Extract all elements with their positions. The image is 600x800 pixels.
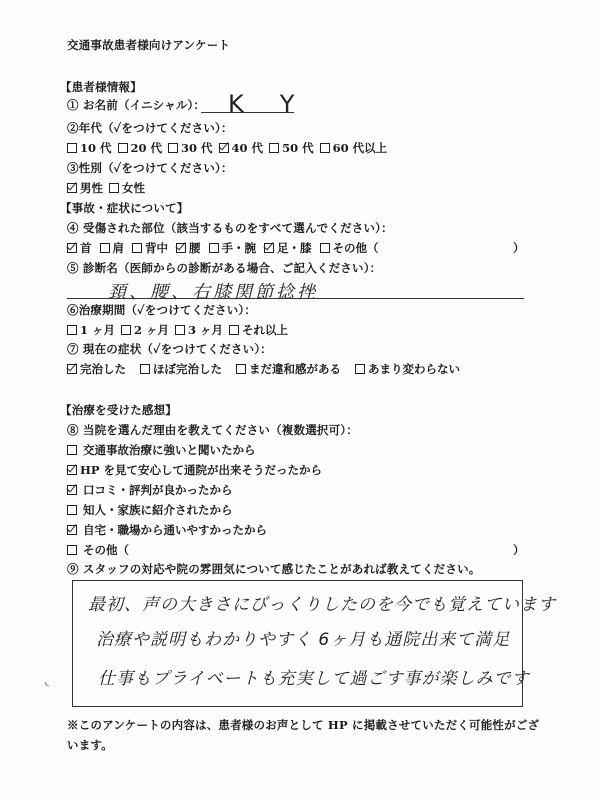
section-header-accident-info: 【事故・症状について】 xyxy=(60,201,188,215)
symptom-option-almost-healed[interactable]: ほぼ完治した xyxy=(140,362,222,376)
q8-other-close-paren: ） xyxy=(513,543,525,557)
footer-note-line-2: います。 xyxy=(67,738,113,752)
survey-page: 交通事故患者様向けアンケート 【患者様情報】 ① お名前（イニシャル）： K Y… xyxy=(0,0,600,800)
site-option-leg-knee[interactable]: 足・膝 xyxy=(264,241,312,255)
checkbox-icon[interactable] xyxy=(320,243,330,253)
checkbox-icon[interactable] xyxy=(140,364,150,374)
document-title: 交通事故患者様向けアンケート xyxy=(67,38,230,52)
q6-treatment-period-options: 1 ヶ月 2 ヶ月 3 ヶ月 それ以上 xyxy=(67,323,294,337)
site-option-other[interactable]: その他（ xyxy=(320,241,379,255)
checkbox-icon[interactable] xyxy=(168,143,178,153)
checkbox-icon[interactable] xyxy=(209,243,219,253)
period-option-2-months[interactable]: 2 ヶ月 xyxy=(121,323,169,337)
checkbox-icon[interactable] xyxy=(236,364,246,374)
symptom-option-still-discomfort[interactable]: まだ違和感がある xyxy=(236,362,341,376)
q4-injury-site-options: 首 肩 背中 腰 手・腕 足・膝 その他（ xyxy=(67,241,527,255)
reason-option-reviews[interactable]: 口コミ・評判が良かったから xyxy=(67,483,233,497)
q7-current-symptoms-label: ⑦ 現在の症状（✓をつけてください）： xyxy=(67,342,272,356)
period-option-1-month[interactable]: 1 ヶ月 xyxy=(67,323,115,337)
age-option-10s[interactable]: 10 代 xyxy=(67,141,112,155)
site-option-lower-back[interactable]: 腰 xyxy=(176,241,201,255)
section-header-patient-info: 【患者様情報】 xyxy=(60,80,142,94)
checkbox-icon[interactable] xyxy=(67,445,77,455)
checkbox-icon[interactable] xyxy=(67,545,77,555)
q7-current-symptoms-options: 完治した ほぼ完治した まだ違和感がある あまり変わらない xyxy=(67,362,466,376)
age-option-60s-plus[interactable]: 60 代以上 xyxy=(320,141,388,155)
symptom-option-fully-healed[interactable]: 完治した xyxy=(67,362,126,376)
site-option-shoulder[interactable]: 肩 xyxy=(100,241,125,255)
site-option-hand-arm[interactable]: 手・腕 xyxy=(209,241,257,255)
age-option-30s[interactable]: 30 代 xyxy=(168,141,213,155)
q5-diagnosis-underline xyxy=(67,298,524,299)
q9-staff-feedback-label: ⑨ スタッフの対応や院の雰囲気について感じたことがあれば教えてください。 xyxy=(67,562,480,576)
stray-pen-mark: ◟ xyxy=(45,677,49,688)
age-option-40s[interactable]: 40 代 xyxy=(219,141,264,155)
reason-option-other[interactable]: その他（ xyxy=(67,543,129,557)
checkbox-checked-icon[interactable] xyxy=(67,243,77,253)
site-option-neck[interactable]: 首 xyxy=(67,241,92,255)
checkbox-icon[interactable] xyxy=(109,183,119,193)
q8-reason-label: ⑧ 当院を選んだ理由を教えてください（複数選択可）： xyxy=(67,423,358,437)
q2-age-options: 10 代 20 代 30 代 40 代 50 代 60 代以上 xyxy=(67,141,393,155)
reason-option-convenient-location[interactable]: 自宅・職場から通いやすかったから xyxy=(67,523,267,537)
checkbox-icon[interactable] xyxy=(269,143,279,153)
q6-treatment-period-label: ⑥治療期間（✓をつけてください）： xyxy=(67,303,256,317)
checkbox-icon[interactable] xyxy=(229,325,239,335)
checkbox-checked-icon[interactable] xyxy=(67,465,77,475)
period-option-more[interactable]: それ以上 xyxy=(229,323,288,337)
checkbox-icon[interactable] xyxy=(67,505,77,515)
q5-diagnosis-answer[interactable]: 頚、腰、右膝関節捻挫 xyxy=(108,278,318,304)
checkbox-icon[interactable] xyxy=(121,325,131,335)
q4-injury-site-label: ④ 受傷された部位（該当するものをすべて選んでください）： xyxy=(67,221,393,235)
gender-option-female[interactable]: 女性 xyxy=(109,181,145,195)
checkbox-checked-icon[interactable] xyxy=(67,525,77,535)
feedback-line-2: 治療や説明もわかりやすく 6ヶ月も通院出来て満足 xyxy=(96,625,510,650)
checkbox-icon[interactable] xyxy=(175,325,185,335)
q1-name-underline xyxy=(201,112,294,113)
q2-age-label: ②年代（✓をつけてください）： xyxy=(67,121,233,135)
feedback-line-1: 最初、声の大きさにびっくりしたのを今でも覚えています xyxy=(88,590,556,615)
q1-name-label: ① お名前（イニシャル）： xyxy=(67,98,205,112)
feedback-line-3: 仕事もプライベートも充実して過ごす事が楽しみです xyxy=(98,664,530,689)
reason-option-homepage[interactable]: HP を見て安心して通院が出来そうだったから xyxy=(67,463,322,477)
checkbox-checked-icon[interactable] xyxy=(264,243,274,253)
checkbox-checked-icon[interactable] xyxy=(67,183,77,193)
checkbox-icon[interactable] xyxy=(67,325,77,335)
section-header-impressions: 【治療を受けた感想】 xyxy=(60,403,177,417)
checkbox-icon[interactable] xyxy=(67,143,77,153)
site-option-back[interactable]: 背中 xyxy=(132,241,168,255)
period-option-3-months[interactable]: 3 ヶ月 xyxy=(175,323,223,337)
q5-diagnosis-label: ⑤ 診断名（医師からの診断がある場合、ご記入ください）： xyxy=(67,261,381,275)
q1-name-answer[interactable]: K Y xyxy=(228,84,300,119)
q4-other-close-paren: ） xyxy=(513,241,525,255)
symptom-option-no-change[interactable]: あまり変わらない xyxy=(355,362,460,376)
checkbox-checked-icon[interactable] xyxy=(219,143,229,153)
reason-option-referral[interactable]: 知人・家族に紹介されたから xyxy=(67,503,233,517)
checkbox-checked-icon[interactable] xyxy=(176,243,186,253)
gender-option-male[interactable]: 男性 xyxy=(67,181,103,195)
age-option-20s[interactable]: 20 代 xyxy=(118,141,163,155)
checkbox-icon[interactable] xyxy=(320,143,330,153)
q3-gender-label: ③性別（✓をつけてください）： xyxy=(67,161,233,175)
q3-gender-options: 男性 女性 xyxy=(67,181,151,195)
checkbox-icon[interactable] xyxy=(355,364,365,374)
age-option-50s[interactable]: 50 代 xyxy=(269,141,314,155)
footer-note-line-1: ※このアンケートの内容は、患者様のお声として HP に掲載させていただく可能性が… xyxy=(67,718,539,732)
reason-option-strong-in-accident-care[interactable]: 交通事故治療に強いと聞いたから xyxy=(67,443,256,457)
checkbox-icon[interactable] xyxy=(118,143,128,153)
checkbox-checked-icon[interactable] xyxy=(67,364,77,374)
checkbox-checked-icon[interactable] xyxy=(67,485,77,495)
checkbox-icon[interactable] xyxy=(100,243,110,253)
checkbox-icon[interactable] xyxy=(132,243,142,253)
